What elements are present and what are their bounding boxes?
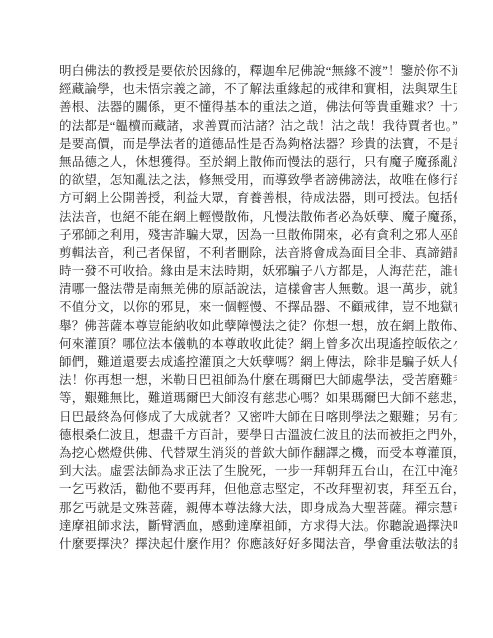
text-line: 日巴最終為何修成了大成就者？又密吽大師在日喀則學法之艱難；另有大聖 <box>59 408 457 426</box>
text-line: 舉？佛菩薩本尊豈能納收如此孽障慢法之徒？你想一想，放在網上散佈、傳播， <box>59 317 457 335</box>
text-line: 達摩祖師求法，斷臂洒血，感動達摩祖師，方求得大法。你聽說過擇決吧？為 <box>59 517 457 535</box>
text-line: 為挖心燃燈供佛、代替眾生消災的普欽大師作翻譯之機，而受本尊灌頂，才學 <box>59 444 457 462</box>
text-line: 等，艱難無比，難道瑪爾巴大師沒有慈悲心嗎？如果瑪爾巴大師不慈悲，米勒 <box>59 389 457 407</box>
text-line: 剪輯法音，利己者保留，不利者刪除，法音將會成為面目全非、真諦錯亂，屆 <box>59 244 457 262</box>
text-line: 善根、法器的關係，更不懂得基本的重法之道，佛法何等貴重難求？十方諸佛 <box>59 98 457 116</box>
body-text: 明白佛法的教授是要依於因緣的，釋迦牟尼佛說“無緣不渡”！鑒於你不通經藏論學，也未… <box>59 62 457 553</box>
document-page: 明白佛法的教授是要依於因緣的，釋迦牟尼佛說“無緣不渡”！鑒於你不通經藏論學，也未… <box>0 0 493 638</box>
text-line: 是要高價，而是學法者的道德品性是否為夠格法器？珍貴的法寶，不是善類者、 <box>59 135 457 153</box>
text-line: 的法都是“韞櫝而藏諸，求善賈而沽諸？沽之哉！沽之哉！我待賈者也。”不 <box>59 117 457 135</box>
text-line: 一乞丐救活，勸他不要再拜，但他意志堅定，不改拜聖初衷，拜至五台，原來 <box>59 480 457 498</box>
text-line: 子邪師之利用，殘害詐騙大眾，因為一旦散佈開來，必有貪利之邪人巫師借機 <box>59 226 457 244</box>
text-line: 何來灌頂？哪位法本儀軌的本尊敢收此徒？網上曾多次出現遙控皈依之小妖 <box>59 335 457 353</box>
text-line: 什麼要擇決？擇決起什麼作用？你應該好好多聞法音，學會重法敬法的教義 <box>59 535 457 553</box>
text-line: 德根桑仁波且，想盡千方百計，要學日古溫波仁波且的法而被拒之門外，後借 <box>59 426 457 444</box>
text-line: 時一發不可收拾。緣由是末法時期，妖邪騙子八方都是，人海茫茫，誰也分不 <box>59 262 457 280</box>
text-line: 經藏論學，也未悟宗義之諦，不了解法重緣起的戒律和實相，法與眾生因果、 <box>59 80 457 98</box>
text-line: 不值分文，以你的邪見，來一個輕慢、不擇品器、不顧戒律，豈不地獄有份之 <box>59 298 457 316</box>
text-line: 明白佛法的教授是要依於因緣的，釋迦牟尼佛說“無緣不渡”！鑒於你不通 <box>59 62 457 80</box>
text-line: 法法音，也絕不能在網上輕慢散佈，凡慢法散佈者必為妖孽、魔子魔孫，或騙 <box>59 208 457 226</box>
text-line: 那乞丐就是文殊菩薩，親傳本尊法緣大法，即身成為大聖菩薩。禪宗慧可為向 <box>59 499 457 517</box>
text-line: 到大法。虛雲法師為求正法了生脫死，一步一拜朝拜五台山，在江中淹死，被 <box>59 462 457 480</box>
text-line: 清哪一盤法帶是南無羌佛的原話說法，這樣會害人無數。退一萬步，就算佛法 <box>59 280 457 298</box>
text-line: 師們，難道還要去成遙控灌頂之大妖孽嗎？網上傳法，除非是騙子妖人傳假佛 <box>59 353 457 371</box>
text-line: 的欲望，怎知亂法之法，修無受用，而導致學者謗佛謗法，故唯在修行部分， <box>59 171 457 189</box>
text-line: 方可網上公開善授，利益大眾，育養善根，待成法器，則可授法。包括佛陀說 <box>59 189 457 207</box>
text-line: 法！你再想一想，米勒日巴祖師為什麼在瑪爾巴大師處學法，受苦磨難考驗等 <box>59 371 457 389</box>
text-line: 無品德之人，休想獲得。至於網上散佈而慢法的惡行，只有魔子魔孫亂法于眾 <box>59 153 457 171</box>
